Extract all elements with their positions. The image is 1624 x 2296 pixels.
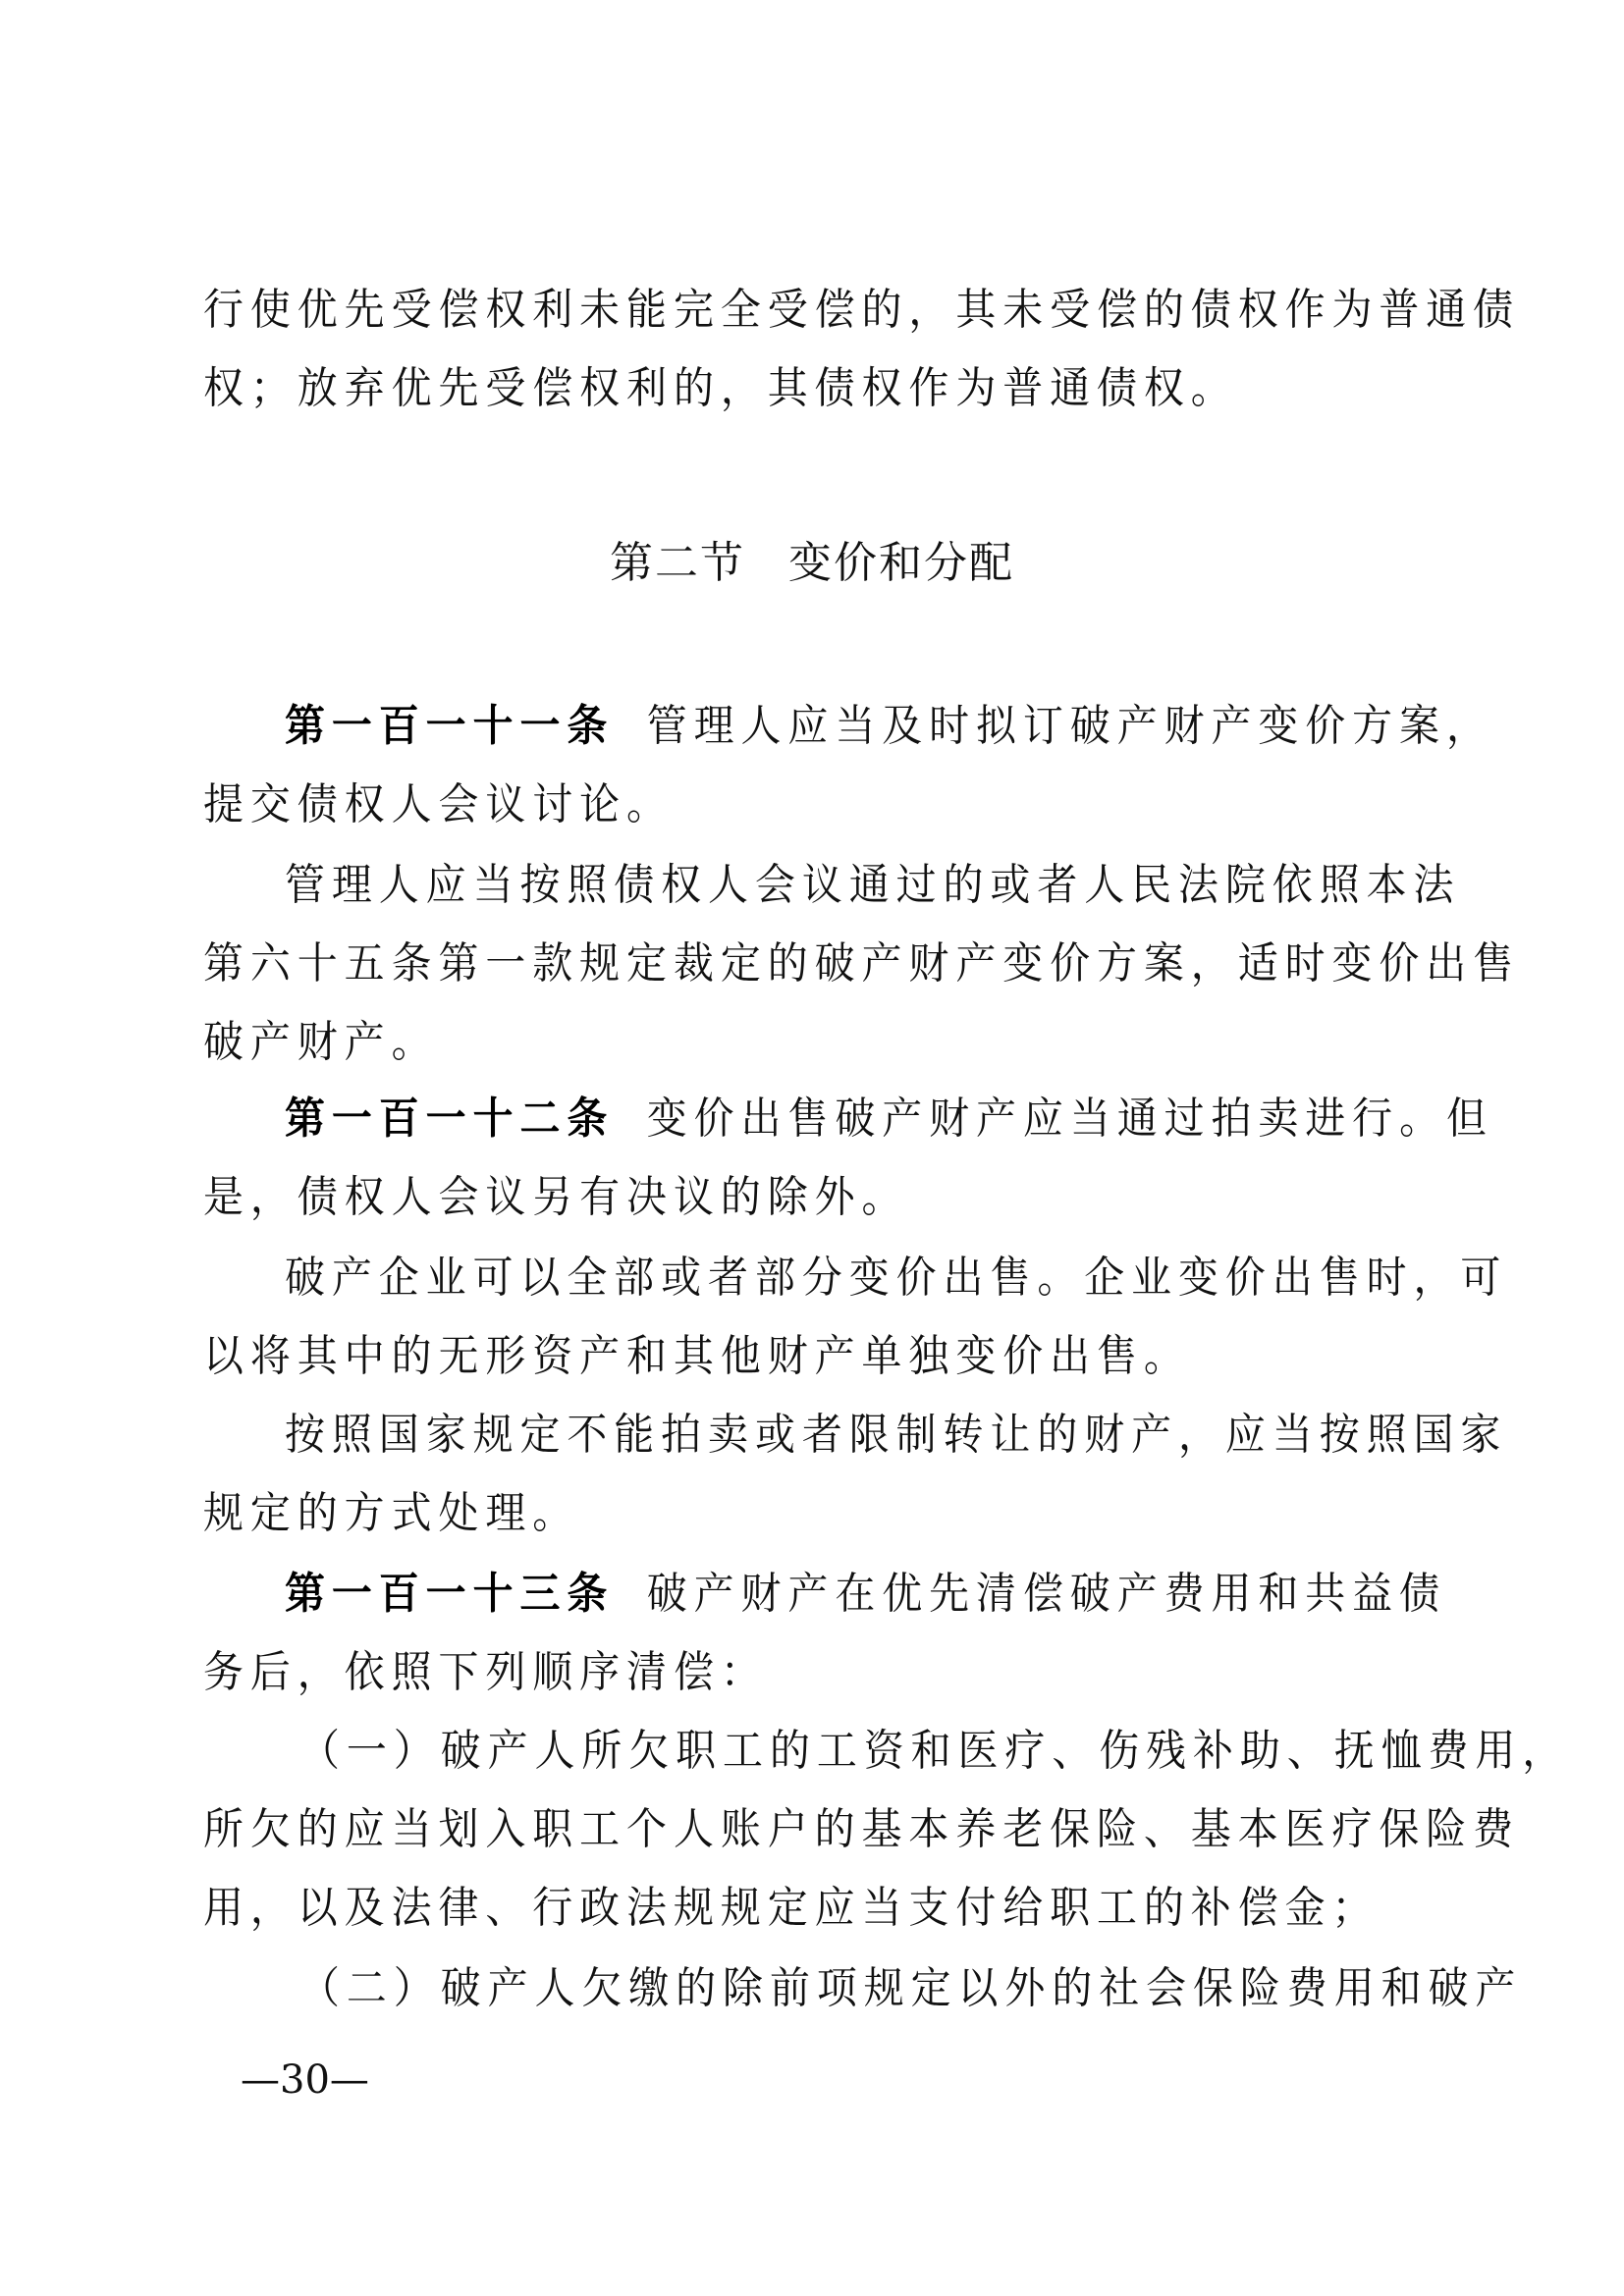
article-113-item1-line: （一）破产人所欠职工的工资和医疗、伤残补助、抚恤费用， bbox=[299, 1726, 1432, 1777]
article-text: 破产财产在优先清偿破产费用和共益债 bbox=[647, 1569, 1446, 1619]
article-112-line: 是，债权人会议另有决议的除外。 bbox=[203, 1172, 1335, 1223]
carryover-line-2: 权；放弃优先受偿权利的，其债权作为普通债权。 bbox=[203, 363, 1335, 414]
document-page: 行使优先受偿权利未能完全受偿的，其未受偿的债权作为普通债 权；放弃优先受偿权利的… bbox=[0, 0, 1624, 2296]
article-113-item2-line: （二）破产人欠缴的除前项规定以外的社会保险费用和破产 bbox=[299, 1963, 1432, 2014]
article-112-para2-line: 以将其中的无形资产和其他财产单独变价出售。 bbox=[203, 1331, 1335, 1382]
article-111-para2-line: 破产财产。 bbox=[203, 1017, 1335, 1068]
article-label: 第一百一十二条 bbox=[285, 1094, 614, 1144]
section-number: 第二节 bbox=[610, 538, 745, 588]
article-111-para2-line: 管理人应当按照债权人会议通过的或者人民法院依照本法 bbox=[285, 860, 1417, 911]
article-113-item1-line: 所欠的应当划入职工个人账户的基本养老保险、基本医疗保险费 bbox=[203, 1804, 1335, 1855]
article-112-para2-line: 破产企业可以全部或者部分变价出售。企业变价出售时，可 bbox=[285, 1253, 1417, 1304]
article-112-para3-line: 按照国家规定不能拍卖或者限制转让的财产，应当按照国家 bbox=[285, 1410, 1417, 1461]
article-111-para2-line: 第六十五条第一款规定裁定的破产财产变价方案，适时变价出售 bbox=[203, 938, 1335, 989]
section-heading: 第二节变价和分配 bbox=[0, 538, 1624, 589]
article-112-para3-line: 规定的方式处理。 bbox=[203, 1488, 1335, 1539]
article-text: 管理人应当及时拟订破产财产变价方案， bbox=[647, 701, 1493, 751]
article-113-item1-line: 用，以及法律、行政法规规定应当支付给职工的补偿金； bbox=[203, 1883, 1335, 1934]
article-111-first-line: 第一百一十一条管理人应当及时拟订破产财产变价方案， bbox=[285, 701, 1417, 752]
article-label: 第一百一十一条 bbox=[285, 701, 614, 751]
article-113-first-line: 第一百一十三条破产财产在优先清偿破产费用和共益债 bbox=[285, 1569, 1417, 1620]
carryover-line-1: 行使优先受偿权利未能完全受偿的，其未受偿的债权作为普通债 bbox=[203, 285, 1335, 336]
article-113-line: 务后，依照下列顺序清偿： bbox=[203, 1647, 1335, 1698]
article-112-first-line: 第一百一十二条变价出售破产财产应当通过拍卖进行。但 bbox=[285, 1094, 1417, 1145]
section-title: 变价和分配 bbox=[788, 538, 1014, 588]
article-text: 变价出售破产财产应当通过拍卖进行。但 bbox=[647, 1094, 1493, 1144]
article-111-line: 提交债权人会议讨论。 bbox=[203, 779, 1335, 830]
article-label: 第一百一十三条 bbox=[285, 1569, 614, 1619]
page-number: —30— bbox=[241, 2056, 369, 2104]
